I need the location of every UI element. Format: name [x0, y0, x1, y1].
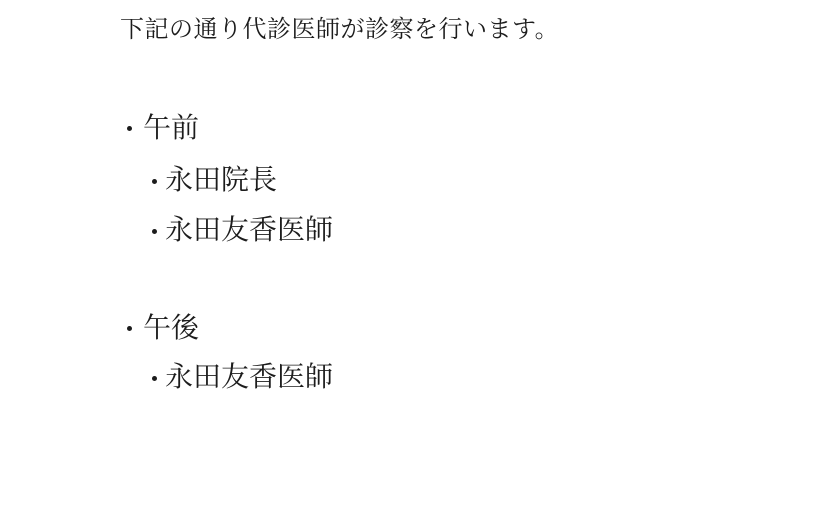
bullet-dot-icon — [127, 326, 132, 331]
section-heading-afternoon: 午後 — [143, 314, 199, 342]
doctor-name: 永田友香医師 — [165, 364, 333, 392]
bullet-dot-icon — [152, 179, 157, 184]
doctor-name: 永田院長 — [165, 167, 277, 195]
list-item-afternoon-doctor-1: 永田友香医師 — [152, 364, 333, 392]
intro-text: 下記の通り代診医師が診察を行います。 — [120, 17, 559, 43]
list-item-morning-heading: 午前 — [127, 114, 199, 142]
bullet-dot-icon — [152, 229, 157, 234]
list-item-morning-doctor-2: 永田友香医師 — [152, 217, 333, 245]
list-item-morning-doctor-1: 永田院長 — [152, 167, 277, 195]
document-page: 下記の通り代診医師が診察を行います。 午前 永田院長 永田友香医師 午後 永田友… — [0, 0, 830, 510]
list-item-afternoon-heading: 午後 — [127, 314, 199, 342]
bullet-dot-icon — [127, 126, 132, 131]
doctor-name: 永田友香医師 — [165, 217, 333, 245]
section-heading-morning: 午前 — [143, 114, 199, 142]
bullet-dot-icon — [152, 376, 157, 381]
